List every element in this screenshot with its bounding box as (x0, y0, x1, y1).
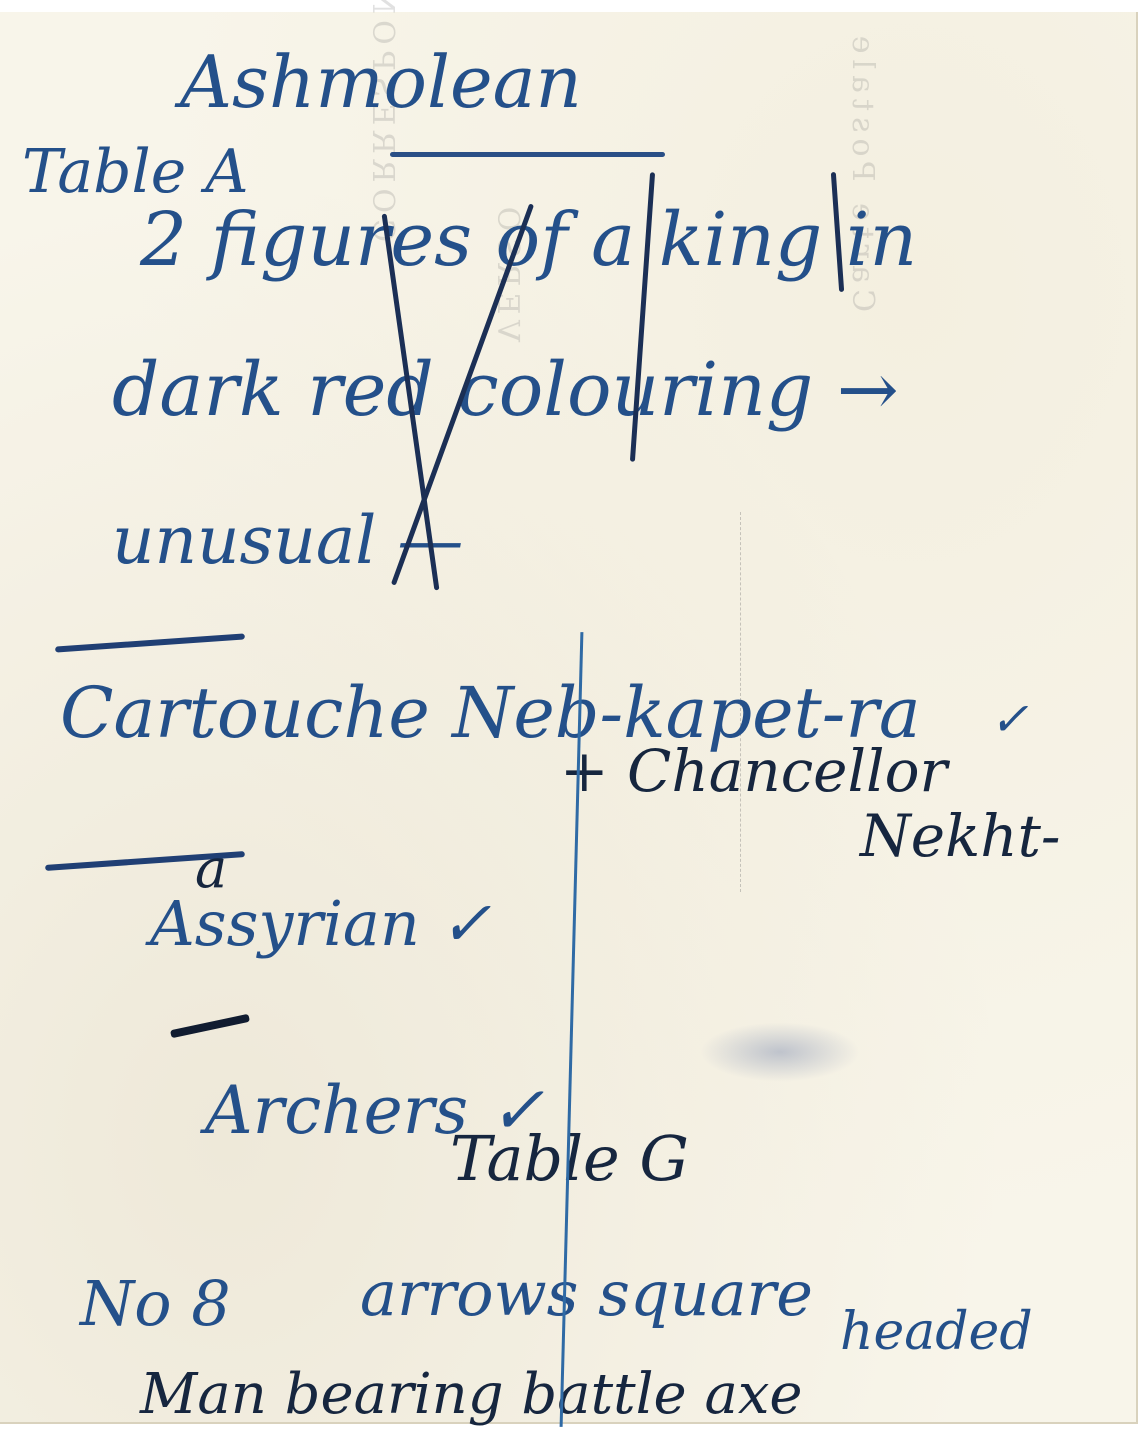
divider-stroke (55, 633, 245, 652)
card-title: Ashmolean (180, 40, 582, 124)
note-line-colouring: dark red colouring → (112, 347, 899, 433)
note-line-no8: No 8 (80, 1267, 231, 1340)
handwritten-card: CORRESPONDANCE VERSO Carte Postale Ashmo… (0, 12, 1138, 1424)
checkmark: ✓ (990, 692, 1029, 746)
note-line-headed: headed (840, 1302, 1033, 1362)
note-line-assyrian: Assyrian ✓ (150, 887, 491, 960)
note-line-man: Man bearing battle axe (140, 1362, 803, 1427)
underline-stroke (390, 152, 665, 157)
dash-stroke (170, 1014, 250, 1038)
note-line-nekht: Nekht- (860, 802, 1060, 870)
note-line-arrows: arrows square (360, 1257, 813, 1330)
note-line-chancellor: + Chancellor (560, 737, 947, 805)
ink-smudge (700, 1022, 860, 1082)
